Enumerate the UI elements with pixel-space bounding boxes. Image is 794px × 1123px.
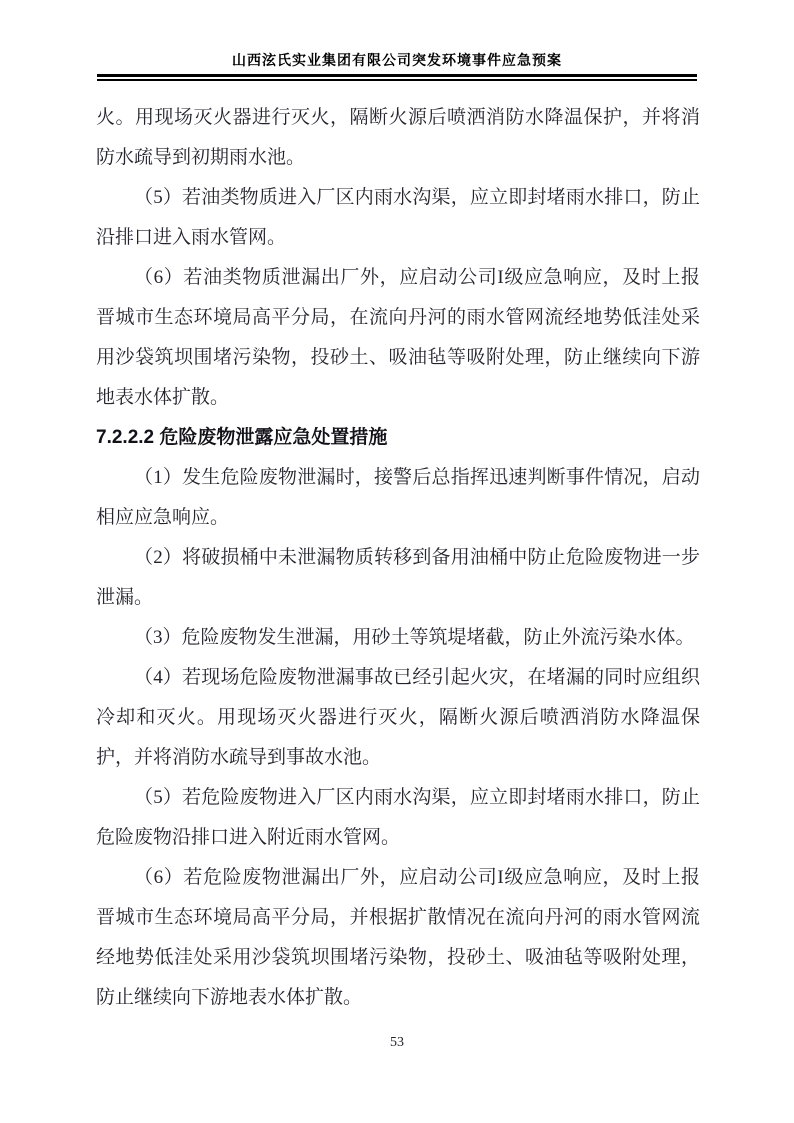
page-number: 53 [390,1035,404,1050]
paragraph: （5）若危险废物进入厂区内雨水沟渠，应立即封堵雨水排口，防止危险废物沿排口进入附… [96,778,700,858]
document-body: 火。用现场灭火器进行灭火，隔断火源后喷洒消防水降温保护，并将消防水疏导到初期雨水… [96,98,700,1018]
header-divider [97,74,697,81]
paragraph: （2）将破损桶中未泄漏物质转移到备用油桶中防止危险废物进一步泄漏。 [96,538,700,618]
paragraph: （3）危险废物发生泄漏，用砂土等筑堤堵截，防止外流污染水体。 [96,618,700,658]
section-heading: 7.2.2.2 危险废物泄露应急处置措施 [96,418,700,458]
paragraph: 火。用现场灭火器进行灭火，隔断火源后喷洒消防水降温保护，并将消防水疏导到初期雨水… [96,98,700,178]
header-title: 山西泫氏实业集团有限公司突发环境事件应急预案 [97,50,697,70]
paragraph: （6）若油类物质泄漏出厂外，应启动公司I级应急响应，及时上报晋城市生态环境局高平… [96,258,700,418]
document-page: 山西泫氏实业集团有限公司突发环境事件应急预案 火。用现场灭火器进行灭火，隔断火源… [0,0,794,1123]
page-header: 山西泫氏实业集团有限公司突发环境事件应急预案 [97,50,697,81]
page-footer: 53 [0,1033,794,1051]
paragraph: （1）发生危险废物泄漏时，接警后总指挥迅速判断事件情况，启动相应应急响应。 [96,458,700,538]
paragraph: （5）若油类物质进入厂区内雨水沟渠，应立即封堵雨水排口，防止沿排口进入雨水管网。 [96,178,700,258]
paragraph: （6）若危险废物泄漏出厂外，应启动公司I级应急响应，及时上报晋城市生态环境局高平… [96,858,700,1018]
paragraph: （4）若现场危险废物泄漏事故已经引起火灾，在堵漏的同时应组织冷却和灭火。用现场灭… [96,658,700,778]
